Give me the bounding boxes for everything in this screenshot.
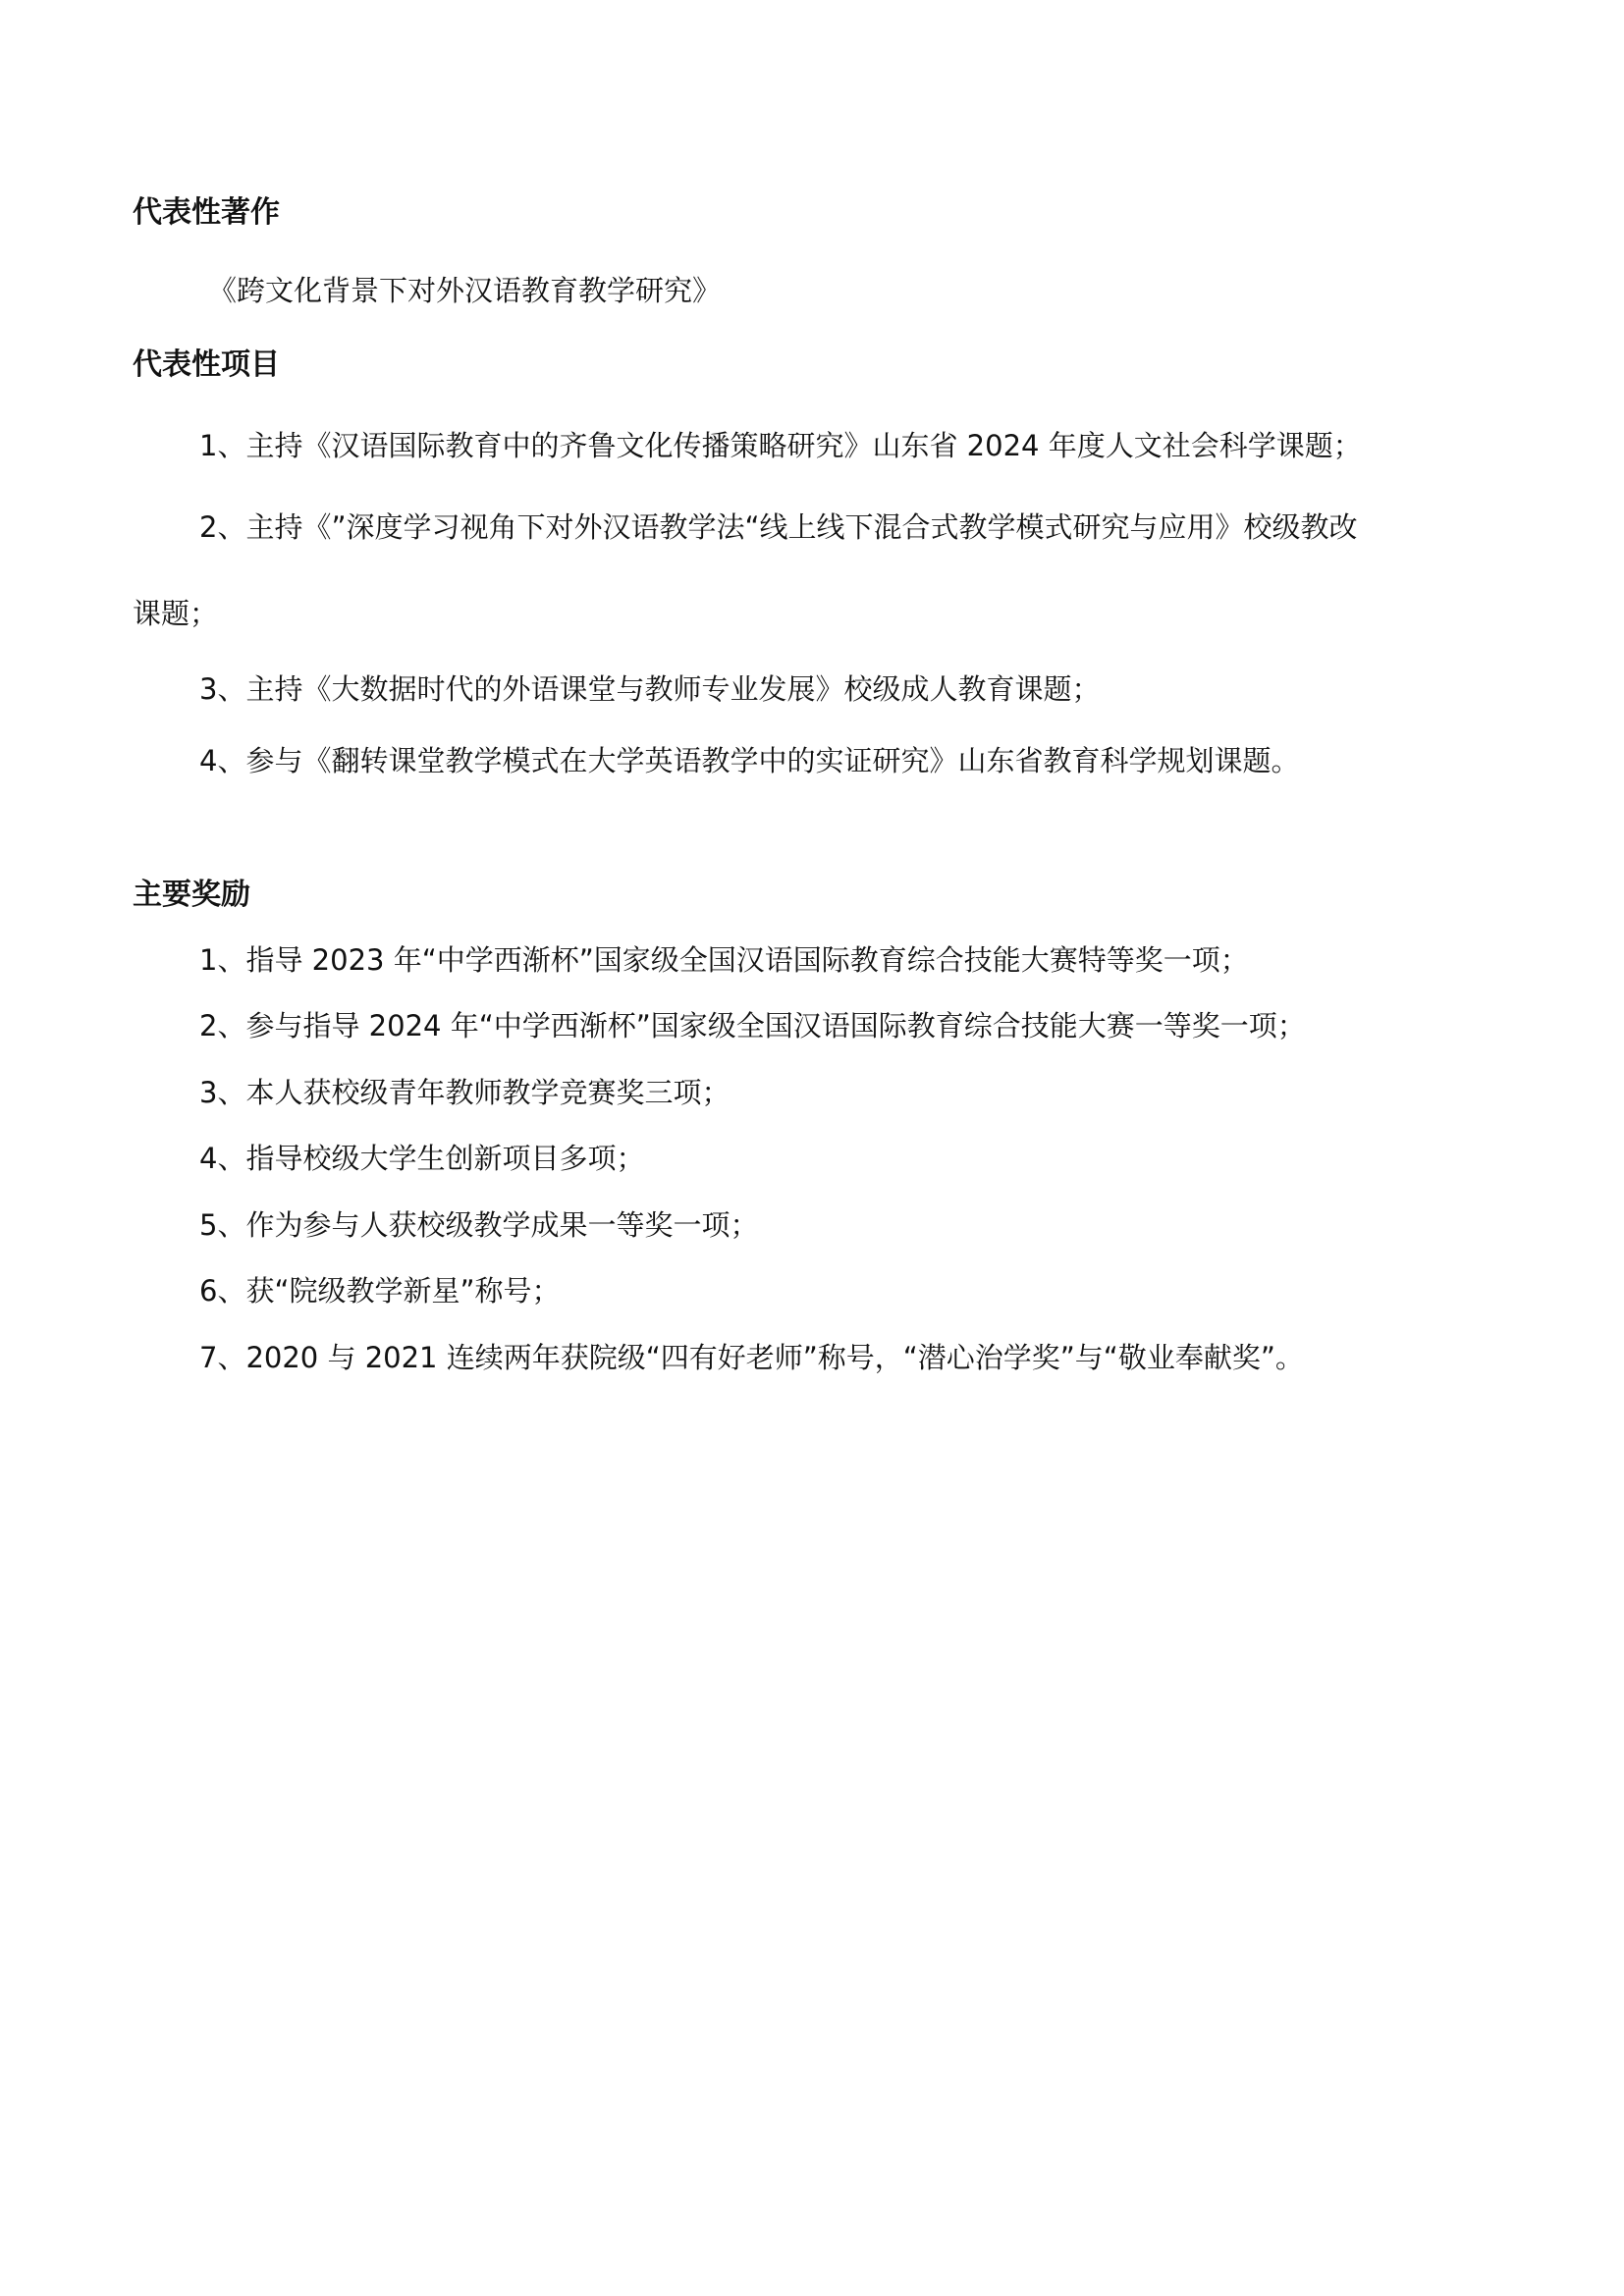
award-item-5: 5、作为参与人获校级教学成果一等奖一项； xyxy=(199,1211,758,1240)
award-item-4: 4、指导校级大学生创新项目多项； xyxy=(199,1145,644,1173)
section-heading-awards: 主要奖励 xyxy=(133,881,250,910)
project-item-4: 4、参与《翻转课堂教学模式在大学英语教学中的实证研究》山东省教育科学规划课题。 xyxy=(199,747,1299,775)
award-item-7: 7、2020 与 2021 连续两年获院级“四有好老师”称号，“潜心治学奖”与“… xyxy=(199,1344,1304,1372)
project-item-2: 2、主持《”深度学习视角下对外汉语教学法“线上线下混合式教学模式研究与应用》校级… xyxy=(199,513,1358,542)
section-heading-projects: 代表性项目 xyxy=(133,350,280,380)
project-item-3: 3、主持《大数据时代的外语课堂与教师专业发展》校级成人教育课题； xyxy=(199,675,1100,704)
project-item-1: 1、主持《汉语国际教育中的齐鲁文化传播策略研究》山东省 2024 年度人文社会科… xyxy=(199,432,1362,460)
project-item-2-continuation: 课题； xyxy=(133,600,218,628)
award-item-1: 1、指导 2023 年“中学西渐杯”国家级全国汉语国际教育综合技能大赛特等奖一项… xyxy=(199,946,1249,975)
section-heading-works: 代表性著作 xyxy=(133,198,280,228)
document-page: 代表性著作 《跨文化背景下对外汉语教育教学研究》 代表性项目 1、主持《汉语国际… xyxy=(0,0,1624,2296)
works-item: 《跨文化背景下对外汉语教育教学研究》 xyxy=(208,277,721,305)
award-item-2: 2、参与指导 2024 年“中学西渐杯”国家级全国汉语国际教育综合技能大赛一等奖… xyxy=(199,1012,1306,1041)
award-item-3: 3、本人获校级青年教师教学竞赛奖三项； xyxy=(199,1079,730,1107)
award-item-6: 6、获“院级教学新星”称号； xyxy=(199,1277,561,1306)
